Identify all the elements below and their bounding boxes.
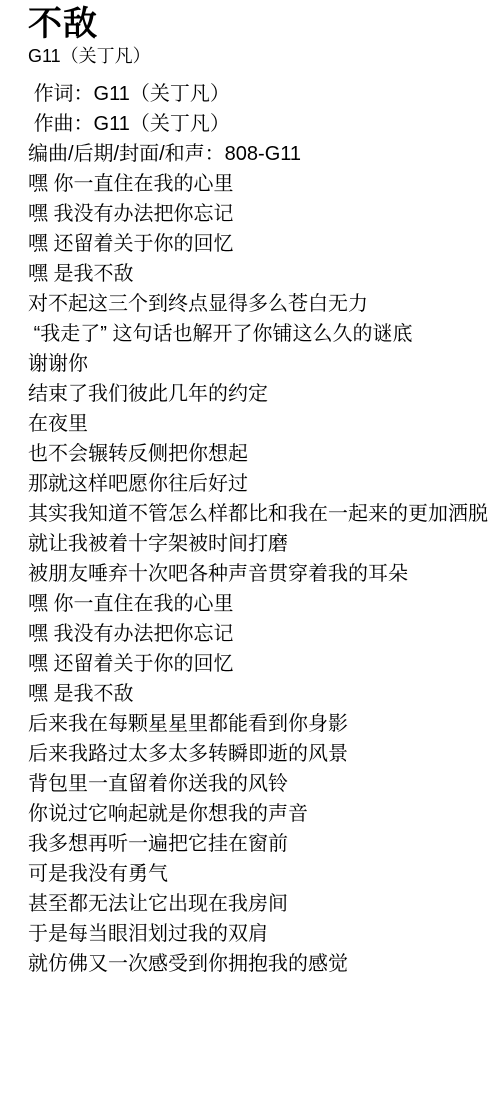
lyrics-block: 嘿 你一直住在我的心里嘿 我没有办法把你忘记嘿 还留着关于你的回忆嘿 是我不敌对…	[28, 169, 490, 979]
credits-block: 作词：G11（关丁凡） 作曲：G11（关丁凡）编曲/后期/封面/和声：808-G…	[28, 79, 490, 169]
lyric-line: 谢谢你	[28, 349, 490, 379]
lyric-line: 后来我在每颗星星里都能看到你身影	[28, 709, 490, 739]
lyric-line: 我多想再听一遍把它挂在窗前	[28, 829, 490, 859]
lyric-line: 嘿 你一直住在我的心里	[28, 169, 490, 199]
lyric-line: 嘿 我没有办法把你忘记	[28, 619, 490, 649]
credit-line: 作词：G11（关丁凡）	[28, 79, 490, 109]
lyrics-page: 不敌 G11（关丁凡） 作词：G11（关丁凡） 作曲：G11（关丁凡）编曲/后期…	[0, 0, 500, 1120]
lyric-line: 嘿 我没有办法把你忘记	[28, 199, 490, 229]
lyric-line: 甚至都无法让它出现在我房间	[28, 889, 490, 919]
lyric-line: 于是每当眼泪划过我的双肩	[28, 919, 490, 949]
lyric-line: 对不起这三个到终点显得多么苍白无力	[28, 289, 490, 319]
lyric-line: 在夜里	[28, 409, 490, 439]
lyric-line: 你说过它响起就是你想我的声音	[28, 799, 490, 829]
artist-name: G11（关丁凡）	[28, 44, 490, 68]
lyric-line: 那就这样吧愿你往后好过	[28, 469, 490, 499]
lyric-line: 就让我被着十字架被时间打磨	[28, 529, 490, 559]
lyric-line: “我走了” 这句话也解开了你铺这么久的谜底	[28, 319, 490, 349]
credit-line: 作曲：G11（关丁凡）	[28, 109, 490, 139]
lyric-line: 就仿佛又一次感受到你拥抱我的感觉	[28, 949, 490, 979]
lyric-line: 嘿 你一直住在我的心里	[28, 589, 490, 619]
lyric-line: 后来我路过太多太多转瞬即逝的风景	[28, 739, 490, 769]
lyric-line: 可是我没有勇气	[28, 859, 490, 889]
song-title: 不敌	[28, 4, 490, 44]
lyric-line: 嘿 还留着关于你的回忆	[28, 649, 490, 679]
lyric-line: 结束了我们彼此几年的约定	[28, 379, 490, 409]
lyric-line: 嘿 还留着关于你的回忆	[28, 229, 490, 259]
lyric-line: 背包里一直留着你送我的风铃	[28, 769, 490, 799]
lyric-line: 嘿 是我不敌	[28, 259, 490, 289]
lyric-line: 被朋友唾弃十次吧各种声音贯穿着我的耳朵	[28, 559, 490, 589]
credit-line: 编曲/后期/封面/和声：808-G11	[28, 139, 490, 169]
lyric-line: 嘿 是我不敌	[28, 679, 490, 709]
lyric-line: 其实我知道不管怎么样都比和我在一起来的更加洒脱	[28, 499, 490, 529]
lyric-line: 也不会辗转反侧把你想起	[28, 439, 490, 469]
